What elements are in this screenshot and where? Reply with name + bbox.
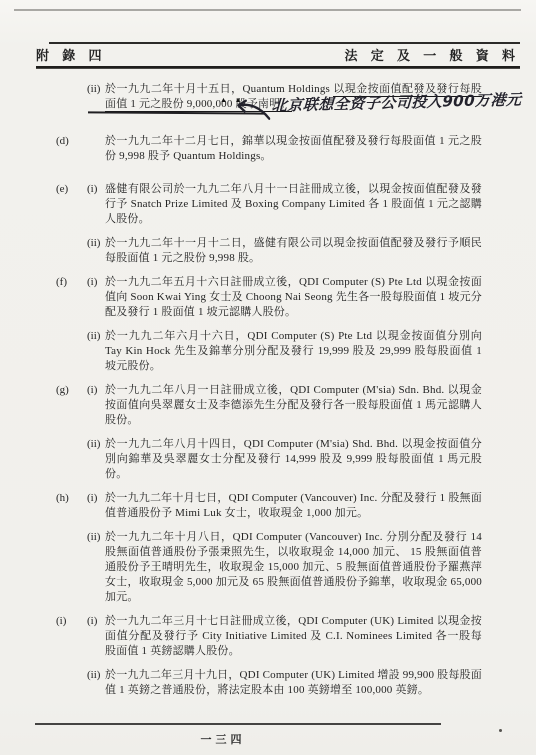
item-level2-marker: (ii) bbox=[87, 437, 100, 452]
item-level1-marker: (h) bbox=[56, 491, 69, 506]
footer-rule bbox=[35, 723, 441, 725]
item-level2-marker: (ii) bbox=[87, 329, 100, 344]
appendix-title: 附 錄 四 bbox=[36, 45, 107, 64]
annotation-arrow-icon bbox=[236, 99, 271, 127]
item-text: 於一九九二年八月十四日，QDI Computer (M'sia) Shd. Bh… bbox=[105, 438, 482, 480]
item-level1-marker: (d) bbox=[56, 134, 69, 149]
item-level1-marker: (e) bbox=[56, 182, 68, 197]
list-item: (ii)於一九九二年六月十六日，QDI Computer (S) Pte Ltd… bbox=[56, 329, 482, 374]
item-text: 於一九九二年十二月七日，錦華以現金按面值配發及發行每股面值 1 元之股份 9,9… bbox=[105, 135, 482, 162]
list-item: (ii)於一九九二年三月十九日，QDI Computer (UK) Limite… bbox=[56, 668, 482, 698]
list-item: (i) (i)於一九九二年三月十七日註冊成立後，QDI Computer (UK… bbox=[56, 614, 482, 659]
item-level2-marker: (ii) bbox=[87, 82, 100, 97]
item-level1-marker: (g) bbox=[56, 383, 69, 398]
scan-speck bbox=[499, 729, 502, 732]
list-item: (ii)於一九九二年十一月十二日，盛健有限公司以現金按面值配發及發行予順民每股面… bbox=[56, 236, 482, 266]
section-title: 法 定 及 一 般 資 料 bbox=[344, 45, 520, 64]
item-level1-marker: (f) bbox=[56, 275, 67, 290]
list-item: (h) (i)於一九九二年十月七日，QDI Computer (Vancouve… bbox=[56, 491, 482, 521]
item-text: 於一九九二年三月十九日，QDI Computer (UK) Limited 增設… bbox=[105, 669, 482, 696]
item-level2-marker: (ii) bbox=[87, 530, 100, 545]
paragraph-list: (ii)於一九九二年十月十五日，Quantum Holdings 以現金按面值配… bbox=[56, 82, 482, 707]
list-item: (ii)於一九九二年八月十四日，QDI Computer (M'sia) Shd… bbox=[56, 437, 482, 482]
page-number: 一三四 bbox=[20, 731, 426, 747]
list-item: (e) (i)盛健有限公司於一九九二年八月十一日註冊成立後，以現金按面值配發及發… bbox=[56, 182, 482, 227]
item-level2-marker: (i) bbox=[87, 614, 97, 629]
list-item: (f) (i)於一九九二年五月十六日註冊成立後，QDI Computer (S)… bbox=[56, 275, 482, 320]
item-text: 於一九九二年八月一日註冊成立後，QDI Computer (M'sia) Sdn… bbox=[105, 384, 482, 426]
list-item: (g) (i)於一九九二年八月一日註冊成立後，QDI Computer (M's… bbox=[56, 383, 482, 428]
list-item: (ii)於一九九二年十月八日，QDI Computer (Vancouver) … bbox=[56, 530, 482, 605]
item-level2-marker: (i) bbox=[87, 491, 97, 506]
item-text: 盛健有限公司於一九九二年八月十一日註冊成立後，以現金按面值配發及發行予 Snat… bbox=[105, 183, 482, 225]
item-text: 於一九九二年十月七日，QDI Computer (Vancouver) Inc.… bbox=[105, 492, 482, 519]
item-level2-marker: (ii) bbox=[87, 668, 100, 683]
item-text: 於一九九二年十月八日，QDI Computer (Vancouver) Inc.… bbox=[105, 531, 482, 603]
item-text: 於一九九二年五月十六日註冊成立後，QDI Computer (S) Pte Lt… bbox=[105, 276, 482, 318]
item-level2-marker: (i) bbox=[87, 275, 97, 290]
item-level2-marker: (ii) bbox=[87, 236, 100, 251]
item-level2-marker: (i) bbox=[87, 383, 97, 398]
item-level1-marker: (i) bbox=[56, 614, 66, 629]
list-item: (d) 於一九九二年十二月七日，錦華以現金按面值配發及發行每股面值 1 元之股份… bbox=[56, 134, 482, 164]
item-text: 於一九九二年十一月十二日，盛健有限公司以現金按面值配發及發行予順民每股面值 1 … bbox=[105, 237, 482, 264]
page-header: 附 錄 四 法 定 及 一 般 資 料 bbox=[36, 42, 520, 69]
header-rule-bottom bbox=[36, 66, 520, 70]
item-text: 於一九九二年三月十七日註冊成立後，QDI Computer (UK) Limit… bbox=[105, 615, 482, 657]
item-level2-marker: (i) bbox=[87, 182, 97, 197]
item-text: 於一九九二年六月十六日，QDI Computer (S) Pte Ltd 以現金… bbox=[105, 330, 482, 372]
document-page: 附 錄 四 法 定 及 一 般 資 料 (ii)於一九九二年十月十五日，Quan… bbox=[0, 0, 536, 755]
scan-artifact-line bbox=[14, 9, 521, 11]
